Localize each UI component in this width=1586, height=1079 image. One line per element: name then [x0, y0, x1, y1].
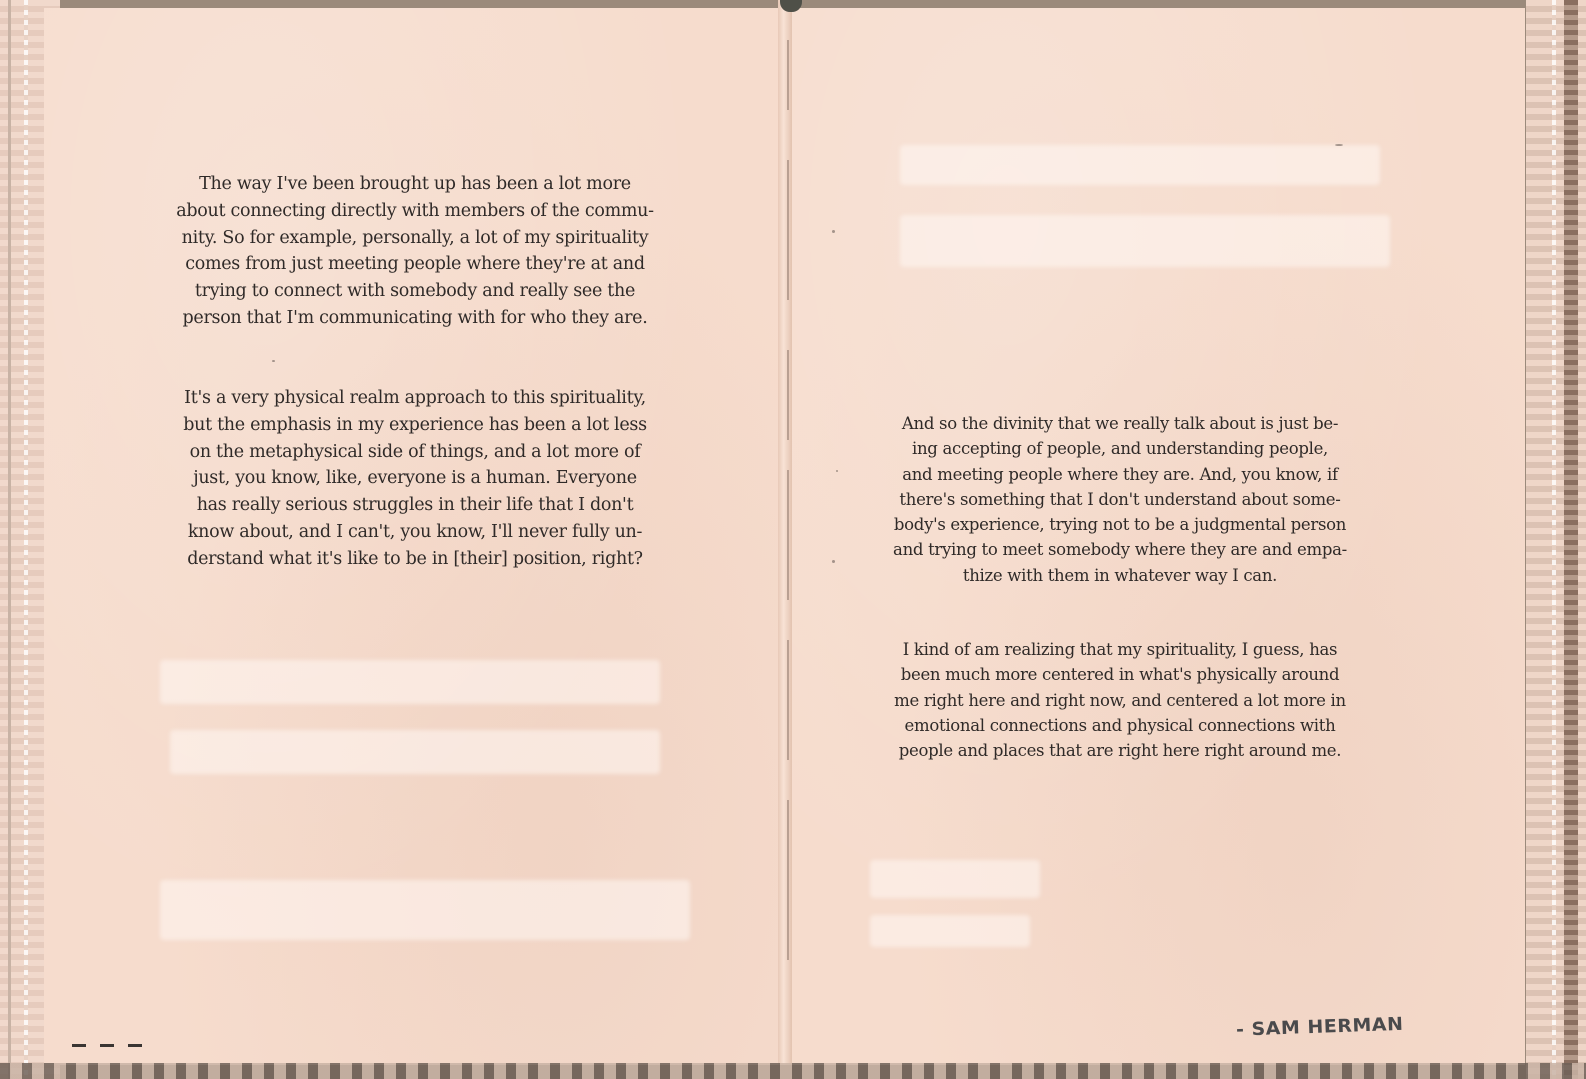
text-line: know about, and I can't, you know, I'll …	[140, 519, 690, 546]
text-line: on the metaphysical side of things, and …	[140, 439, 690, 466]
text-line: trying to connect with somebody and real…	[140, 278, 690, 305]
bottom-page-edges	[0, 1063, 1586, 1079]
text-line: just, you know, like, everyone is a huma…	[140, 465, 690, 492]
whiteout-patch	[900, 145, 1380, 185]
text-line: nity. So for example, personally, a lot …	[140, 225, 690, 252]
text-line: but the emphasis in my experience has be…	[140, 412, 690, 439]
text-line: ing accepting of people, and understandi…	[848, 436, 1392, 461]
left-paragraph-1: The way I've been brought up has been a …	[140, 171, 690, 332]
text-line: comes from just meeting people where the…	[140, 251, 690, 278]
right-paragraph-2: I kind of am realizing that my spiritual…	[848, 637, 1392, 763]
text-line: And so the divinity that we really talk …	[848, 411, 1392, 436]
whiteout-patch	[160, 660, 660, 704]
text-line: body's experience, trying not to be a ju…	[848, 512, 1392, 537]
dash-mark	[100, 1044, 114, 1047]
spine-stitch	[787, 470, 789, 600]
book-scan: The way I've been brought up has been a …	[0, 0, 1586, 1079]
spine-stitch	[787, 800, 789, 960]
text-line: me right here and right now, and centere…	[848, 688, 1392, 713]
right-page-edges	[1526, 0, 1586, 1079]
text-line: derstand what it's like to be in [their]…	[140, 546, 690, 573]
speck	[272, 360, 275, 362]
text-line: and trying to meet somebody where they a…	[848, 537, 1392, 562]
text-line: and meeting people where they are. And, …	[848, 462, 1392, 487]
right-paragraph-1: And so the divinity that we really talk …	[848, 411, 1392, 588]
whiteout-patch	[870, 915, 1030, 947]
left-paragraph-2: It's a very physical realm approach to t…	[140, 385, 690, 573]
speck	[832, 230, 835, 233]
text-line: been much more centered in what's physic…	[848, 662, 1392, 687]
text-line: The way I've been brought up has been a …	[140, 171, 690, 198]
spine-stitch	[787, 640, 789, 760]
text-line: there's something that I don't understan…	[848, 487, 1392, 512]
text-line: I kind of am realizing that my spiritual…	[848, 637, 1392, 662]
text-line: person that I'm communicating with for w…	[140, 305, 690, 332]
text-line: thize with them in whatever way I can.	[848, 563, 1392, 588]
whiteout-patch	[160, 880, 690, 940]
footer-dash-marks	[72, 1044, 142, 1047]
speck	[1335, 144, 1343, 146]
whiteout-patch	[900, 215, 1390, 267]
spine-stitch	[787, 350, 789, 440]
spine-stitch	[787, 40, 789, 110]
text-line: It's a very physical realm approach to t…	[140, 385, 690, 412]
speck	[832, 560, 835, 563]
text-line: has really serious struggles in their li…	[140, 492, 690, 519]
dash-mark	[128, 1044, 142, 1047]
dash-mark	[72, 1044, 86, 1047]
whiteout-patch	[170, 730, 660, 774]
book-spine	[778, 0, 792, 1065]
spine-stitch	[787, 160, 789, 300]
text-line: about connecting directly with members o…	[140, 198, 690, 225]
speck	[836, 470, 838, 472]
text-line: people and places that are right here ri…	[848, 738, 1392, 763]
text-line: emotional connections and physical conne…	[848, 713, 1392, 738]
whiteout-patch	[870, 860, 1040, 898]
